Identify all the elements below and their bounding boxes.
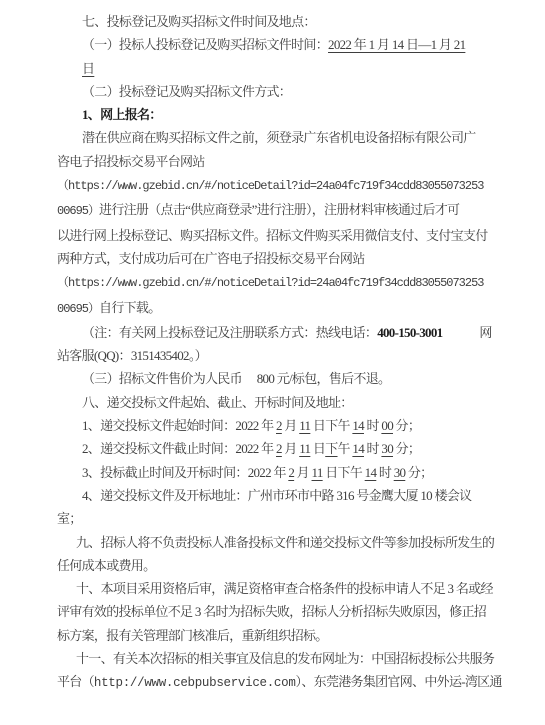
separator: 月 [294,465,311,480]
separator: 分； [393,441,420,456]
registration-url-tail: 00695） [57,204,99,218]
section7-item1-date-continued: 日 [82,61,94,76]
registration-instructions: 进行注册（点击“供应商登录”进行注册），注册材料审核通过后才可 [99,202,459,217]
separator: 日下午 [310,418,352,433]
deadline-minute-value: 30 [381,441,393,456]
section11-line2-suffix: ）、东莞港务集团官网、中外运-湾区通 [296,674,502,689]
section10-line2: 评审有效的投标单位不足 3 名时为招标失败，招标人分析招标失败原因，修正招 [57,600,495,623]
section7-item1-date-wrap: 日 [57,57,495,80]
separator: 月 [282,418,299,433]
start-time-label: 1、递交投标文件起始时间：2022 年 [82,418,276,433]
download-url-text: （https://www.gzebid.cn/#/noticeDetail?id… [57,276,483,290]
download-instructions: 自行下载。 [99,300,161,315]
opening-time-label: 3、投标截止时间及开标时间：2022 年 [82,465,288,480]
separator: 分； [405,465,432,480]
online-signup-paragraph-line2: 咨电子招投标交易平台网站 [57,150,495,173]
separator: 日下午 [323,465,365,480]
cebpubservice-url: http://www.cebpubservice.com [94,676,296,690]
download-url-line1: （https://www.gzebid.cn/#/noticeDetail?id… [57,270,495,295]
section7-item2-heading: （二）投标登记及购买招标文件方式： [57,80,495,103]
document-page: 七、投标登记及购买招标文件时间及地点： （一）投标人投标登记及购买招标文件时间：… [0,0,545,725]
separator: 时 [364,441,381,456]
download-url-line2: 00695）自行下载。 [57,296,495,321]
section11-line1: 十一、有关本次招标的相关事宜及信息的发布网址为：中国招标投标公共服务 [57,647,495,670]
start-minute-value: 00 [381,418,393,433]
section10-line3: 标方案，报有关管理部门核准后，重新组织招标。 [57,624,495,647]
section7-item1: （一）投标人投标登记及购买招标文件时间：2022 年 1 月 14 日—1 月 … [57,33,495,56]
hotline-number: 400-150-3001 [377,325,442,340]
online-signup-paragraph-line6: 两种方式，支付成功后可在广咨电子招投标交易平台网站 [57,247,495,270]
section11-line2-prefix: 平台（ [57,674,94,689]
registration-url-line2: 00695）进行注册（点击“供应商登录”进行注册），注册材料审核通过后才可 [57,198,495,223]
separator: 分； [393,418,420,433]
separator: 时 [376,465,393,480]
contact-note-wrap-start: 网 [442,325,491,340]
separator: 时 [364,418,381,433]
section7-heading: 七、投标登记及购买招标文件时间及地点： [57,10,495,33]
registration-url-line1: （https://www.gzebid.cn/#/noticeDetail?id… [57,173,495,198]
section7-item1-date: 2022 年 1 月 14 日—1 月 21 [328,37,465,52]
section7-item3: （三）招标文件售价为人民币 800 元/标包，售后不退。 [57,367,495,390]
section8-item4-line1: 4、递交投标文件及开标地址：广州市环市中路 316 号金鹰大厦 10 楼会议 [57,484,495,507]
section8-heading: 八、递交投标文件起始、截止、开标时间及地址： [57,391,495,414]
deadline-afternoon-char: 下 [325,441,337,456]
section10-line1: 十、本项目采用资格后审，满足资格审查合格条件的投标申请人不足 3 名或经 [57,577,495,600]
section8-item1: 1、递交投标文件起始时间：2022 年 2 月 11 日下午 14 时 00 分… [57,414,495,437]
contact-note-line1: （注：有关网上投标登记及注册联系方式：热线电话：400-150-3001 网 [57,321,495,344]
separator: 日 [310,441,325,456]
separator: 午 [338,441,353,456]
section7-item1-label: （一）投标人投标登记及购买招标文件时间： [82,37,328,52]
deadline-day-value: 11 [299,441,310,456]
online-signup-paragraph-line1: 潜在供应商在购买招标文件之前，须登录广东省机电设备招标有限公司广 [57,126,495,149]
opening-day-value: 11 [312,465,323,480]
section8-item3: 3、投标截止时间及开标时间：2022 年 2 月 11 日下午 14 时 30 … [57,461,495,484]
deadline-label: 2、递交投标文件截止时间：2022 年 [82,441,276,456]
section8-item4-line2: 室； [57,507,495,530]
opening-hour-value: 14 [365,465,377,480]
section9-line2: 任何成本或费用。 [57,554,495,577]
separator: 月 [282,441,299,456]
contact-note-line2: 站客服(QQ)：3151435402。） [57,344,495,367]
opening-minute-value: 30 [394,465,406,480]
deadline-hour-value: 14 [352,441,364,456]
online-signup-heading: 1、网上报名： [57,103,495,126]
online-signup-heading-text: 1、网上报名： [82,107,162,122]
contact-note-prefix: （注：有关网上投标登记及注册联系方式：热线电话： [82,325,377,340]
start-hour-value: 14 [352,418,364,433]
download-url-tail: 00695） [57,302,99,316]
section9-line1: 九、招标人将不负责投标人准备投标文件和递交投标文件等参加投标所发生的 [57,531,495,554]
section8-item2: 2、递交投标文件截止时间：2022 年 2 月 11 日下午 14 时 30 分… [57,437,495,460]
registration-url-text: （https://www.gzebid.cn/#/noticeDetail?id… [57,179,483,193]
start-day-value: 11 [299,418,310,433]
online-signup-paragraph-line5: 以进行网上投标登记、购买招标文件。招标文件购买采用微信支付、支付宝支付 [57,224,495,247]
section11-line2: 平台（http://www.cebpubservice.com）、东莞港务集团官… [57,670,495,695]
